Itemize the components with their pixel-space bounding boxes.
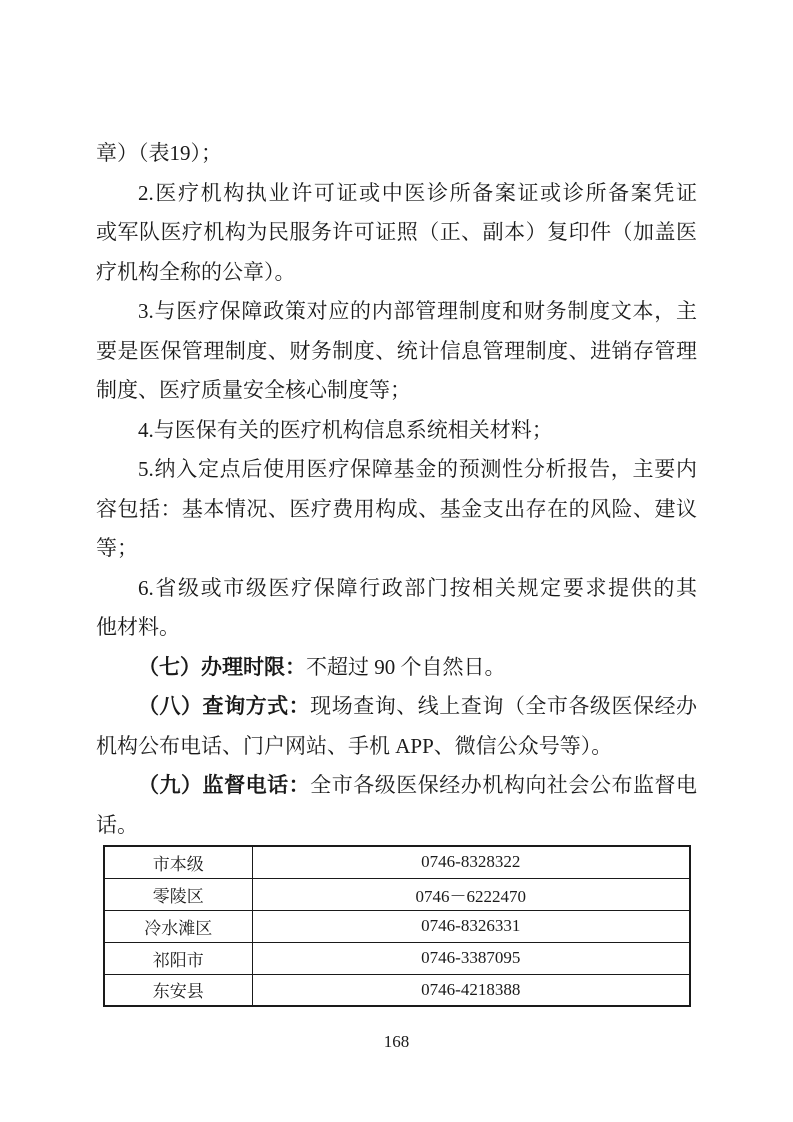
region-cell: 祁阳市 bbox=[104, 942, 252, 974]
phone-cell: 0746-3387095 bbox=[252, 942, 690, 974]
table-row: 市本级 0746-8328322 bbox=[104, 846, 690, 878]
text-line: 章）（表19）； bbox=[96, 134, 697, 174]
region-cell: 冷水滩区 bbox=[104, 910, 252, 942]
table-row: 东安县 0746-4218388 bbox=[104, 974, 690, 1006]
text-line: （九）监督电话：全市各级医保经办机构向社会公布监督电 bbox=[96, 766, 697, 806]
text-line: 话。 bbox=[96, 806, 697, 846]
text-line: 2.医疗机构执业许可证或中医诊所备案证或诊所备案凭证 bbox=[96, 174, 697, 214]
table-row: 零陵区 0746－6222470 bbox=[104, 878, 690, 910]
phone-cell: 0746-4218388 bbox=[252, 974, 690, 1006]
text-line: 4.与医保有关的医疗机构信息系统相关材料； bbox=[96, 411, 697, 451]
text-line: 要是医保管理制度、财务制度、统计信息管理制度、进销存管理 bbox=[96, 332, 697, 372]
text-line: 容包括：基本情况、医疗费用构成、基金支出存在的风险、建议 bbox=[96, 490, 697, 530]
text-line: 5.纳入定点后使用医疗保障基金的预测性分析报告，主要内 bbox=[96, 450, 697, 490]
text-line: 或军队医疗机构为民服务许可证照（正、副本）复印件（加盖医 bbox=[96, 213, 697, 253]
section-label: （八）查询方式： bbox=[138, 694, 310, 718]
region-cell: 市本级 bbox=[104, 846, 252, 878]
table-row: 冷水滩区 0746-8326331 bbox=[104, 910, 690, 942]
text-line: 制度、医疗质量安全核心制度等； bbox=[96, 371, 697, 411]
section-text: 全市各级医保经办机构向社会公布监督电 bbox=[310, 773, 697, 797]
text-line: （八）查询方式：现场查询、线上查询（全市各级医保经办 bbox=[96, 687, 697, 727]
text-line: 6.省级或市级医疗保障行政部门按相关规定要求提供的其 bbox=[96, 569, 697, 609]
text-line: 疗机构全称的公章）。 bbox=[96, 253, 697, 293]
region-cell: 东安县 bbox=[104, 974, 252, 1006]
section-text: 现场查询、线上查询（全市各级医保经办 bbox=[310, 694, 697, 718]
phone-cell: 0746－6222470 bbox=[252, 878, 690, 910]
body-text: 章）（表19）； 2.医疗机构执业许可证或中医诊所备案证或诊所备案凭证 或军队医… bbox=[96, 134, 697, 845]
text-line: 他材料。 bbox=[96, 608, 697, 648]
text-line: 机构公布电话、门户网站、手机 APP、微信公众号等）。 bbox=[96, 727, 697, 767]
phone-cell: 0746-8326331 bbox=[252, 910, 690, 942]
phone-cell: 0746-8328322 bbox=[252, 846, 690, 878]
document-page: 章）（表19）； 2.医疗机构执业许可证或中医诊所备案证或诊所备案凭证 或军队医… bbox=[0, 0, 793, 1122]
text-line: 等； bbox=[96, 529, 697, 569]
section-text: 不超过 90 个自然日。 bbox=[306, 655, 506, 679]
text-line: （七）办理时限：不超过 90 个自然日。 bbox=[96, 648, 697, 688]
text-line: 3.与医疗保障政策对应的内部管理制度和财务制度文本，主 bbox=[96, 292, 697, 332]
table-row: 祁阳市 0746-3387095 bbox=[104, 942, 690, 974]
section-label: （九）监督电话： bbox=[138, 773, 310, 797]
section-label: （七）办理时限： bbox=[138, 655, 306, 679]
phone-table: 市本级 0746-8328322 零陵区 0746－6222470 冷水滩区 0… bbox=[103, 845, 691, 1007]
page-number: 168 bbox=[0, 1032, 793, 1052]
region-cell: 零陵区 bbox=[104, 878, 252, 910]
